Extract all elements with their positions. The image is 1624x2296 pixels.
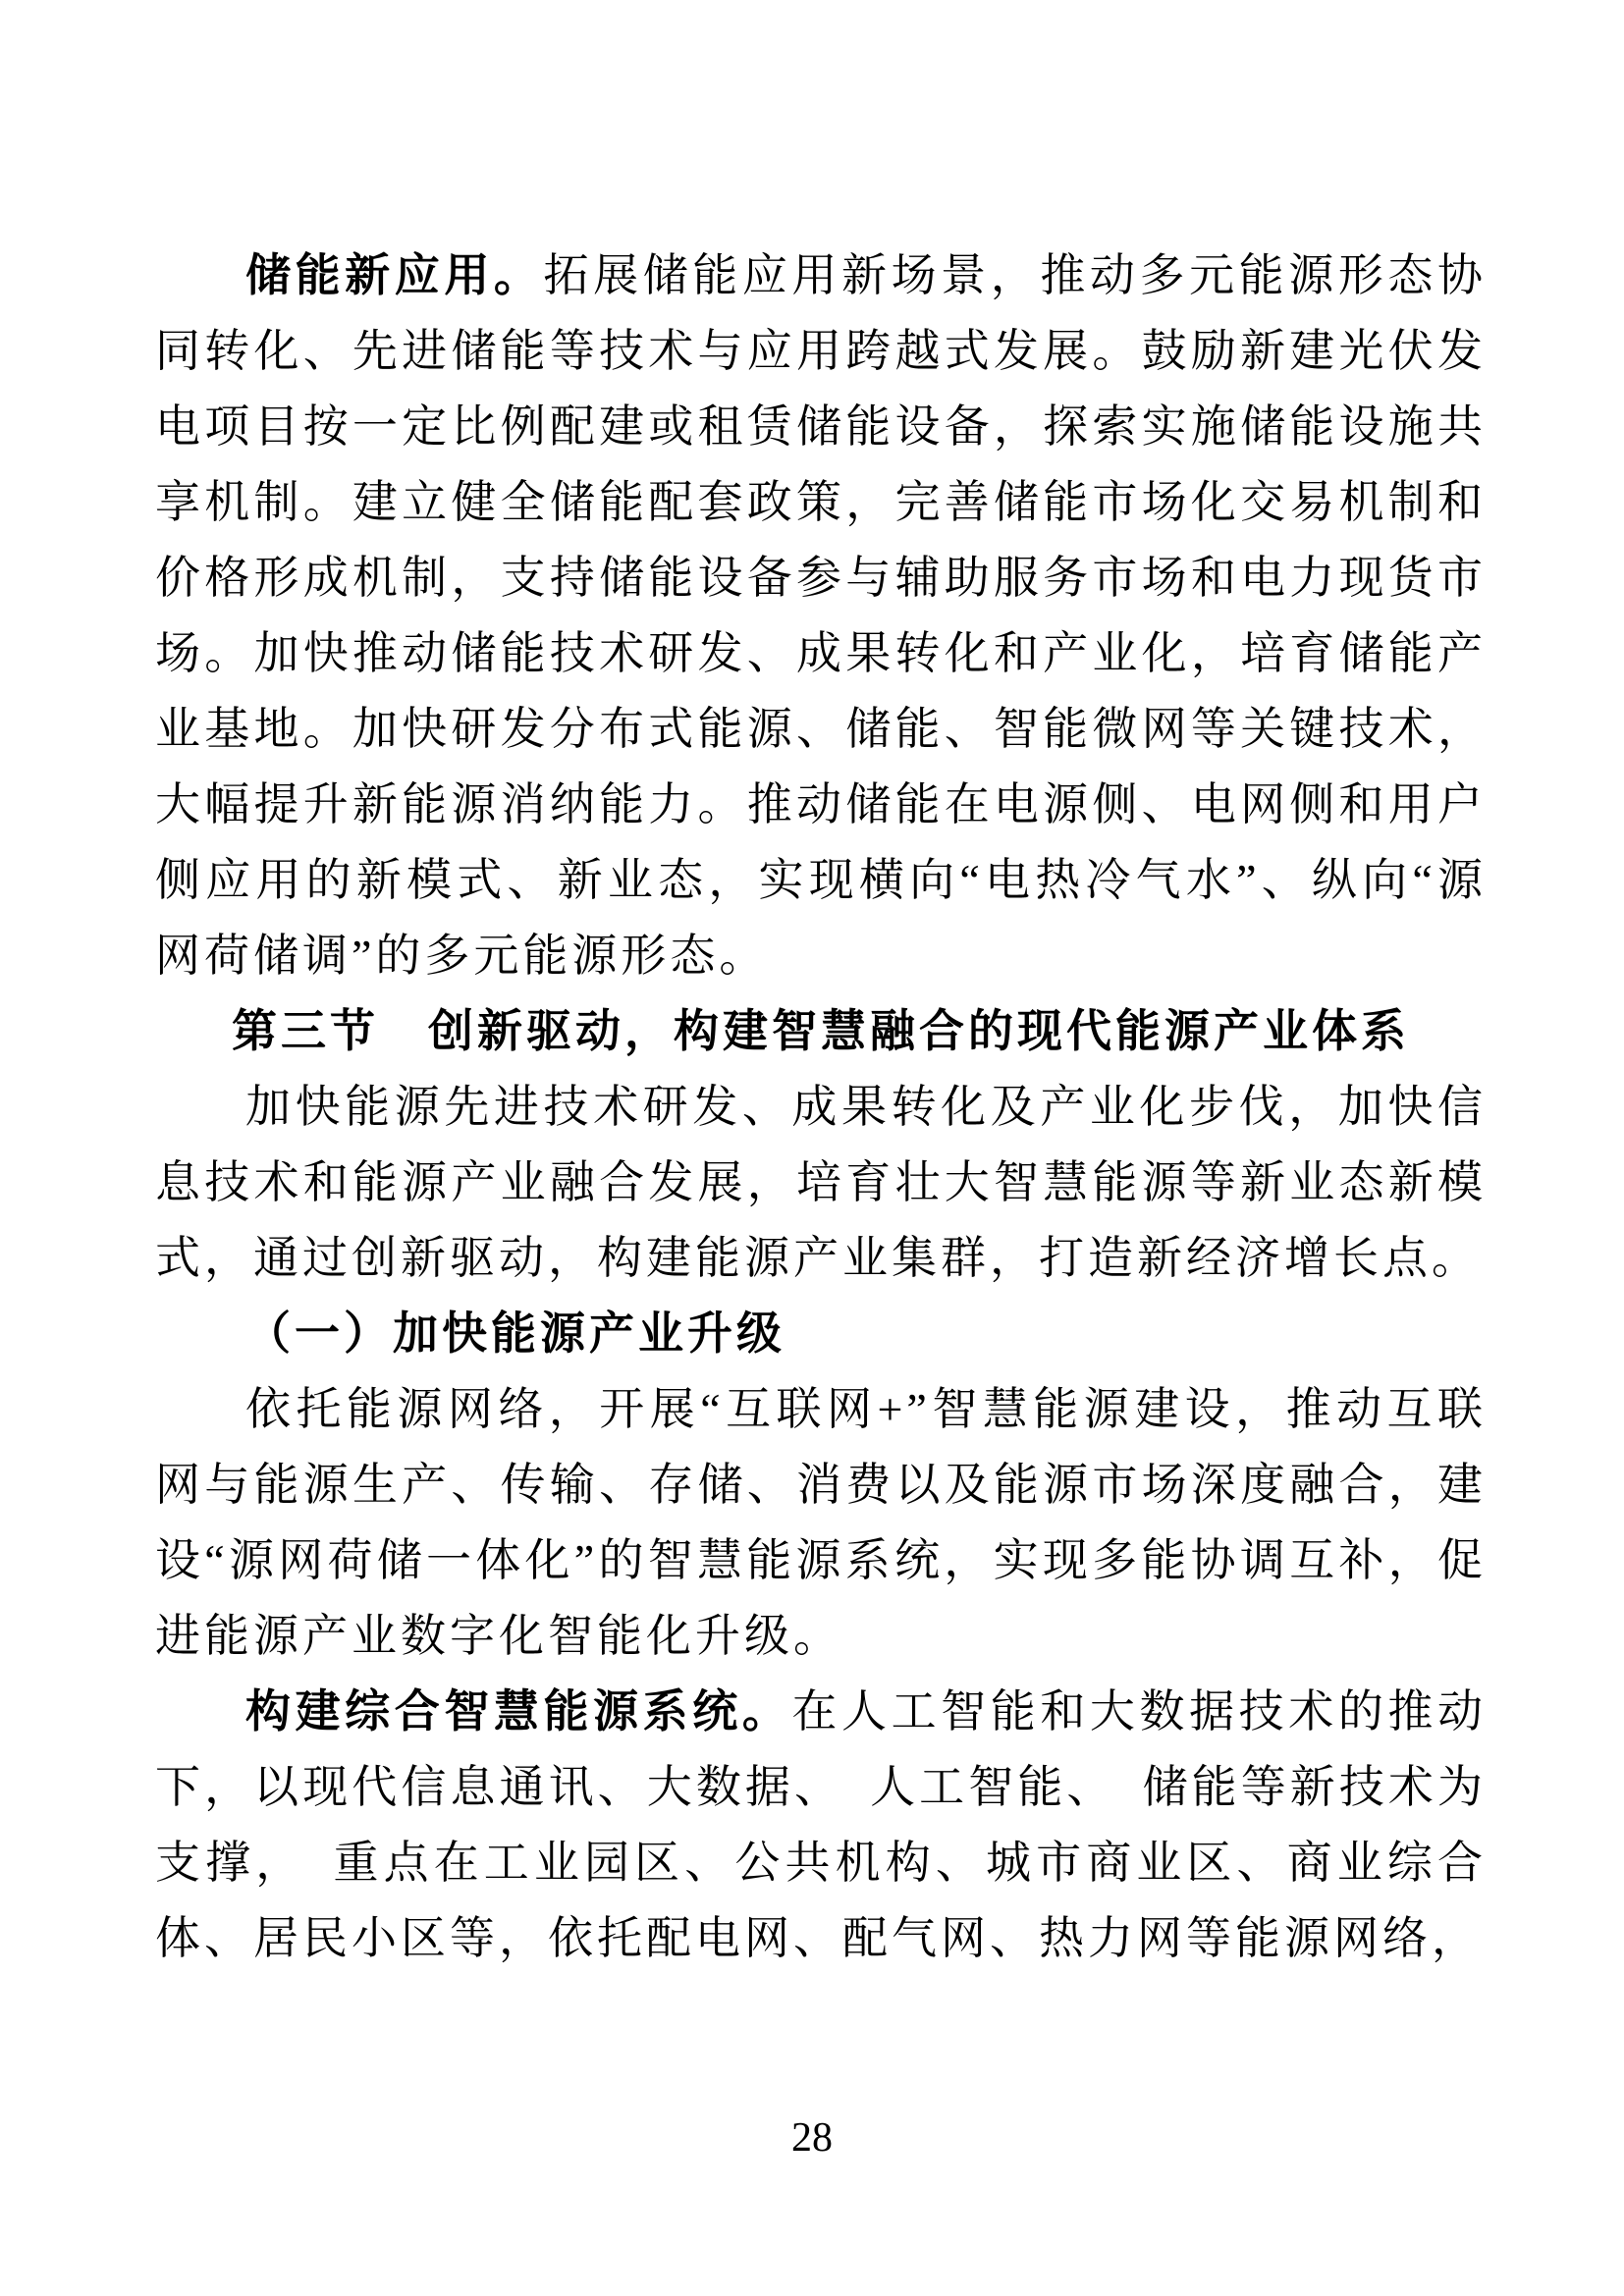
- paragraph-storage-new-applications: 储能新应用。拓展储能应用新场景，推动多元能源形态协同转化、先进储能等技术与应用跨…: [155, 238, 1487, 993]
- document-page: 储能新应用。拓展储能应用新场景，推动多元能源形态协同转化、先进储能等技术与应用跨…: [0, 0, 1624, 2296]
- paragraph-innovation-drive: 加快能源先进技术研发、成果转化及产业化步伐，加快信息技术和能源产业融合发展，培育…: [155, 1069, 1487, 1296]
- paragraph-body-text: 拓展储能应用新场景，推动多元能源形态协同转化、先进储能等技术与应用跨越式发展。鼓…: [155, 250, 1487, 981]
- page-number: 28: [0, 2109, 1624, 2167]
- paragraph-energy-network: 依托能源网络，开展“互联网+”智慧能源建设，推动互联网与能源生产、传输、存储、消…: [155, 1371, 1487, 1674]
- paragraph-smart-energy-system: 构建综合智慧能源系统。在人工智能和大数据技术的推动下，以现代信息通讯、大数据、 …: [155, 1674, 1487, 1976]
- sub-heading-energy-upgrade: （一）加快能源产业升级: [155, 1296, 1487, 1371]
- document-body: 储能新应用。拓展储能应用新场景，推动多元能源形态协同转化、先进储能等技术与应用跨…: [155, 238, 1487, 1976]
- paragraph-lead-bold: 储能新应用。: [245, 250, 544, 300]
- section-heading: 第三节 创新驱动，构建智慧融合的现代能源产业体系: [155, 993, 1487, 1069]
- paragraph-lead-bold: 构建综合智慧能源系统。: [245, 1686, 791, 1736]
